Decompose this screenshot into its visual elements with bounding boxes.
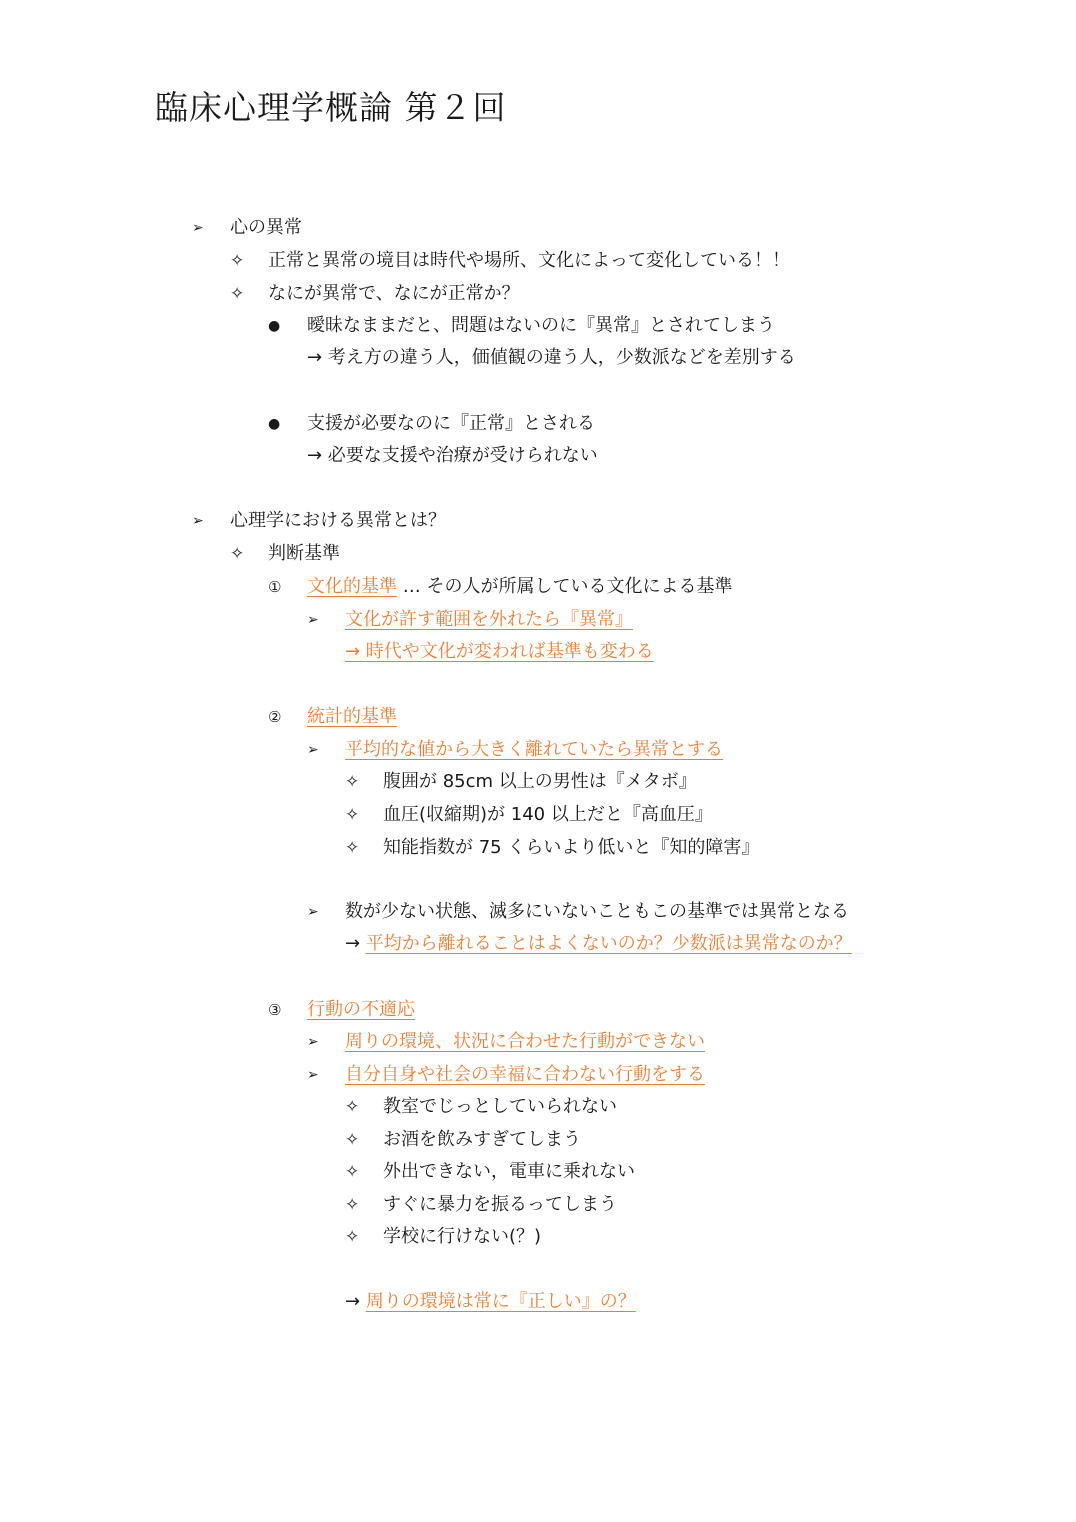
note-text: 平均から離れることはよくないのか？少数派は異常なのか？ xyxy=(366,933,852,954)
list-item: 平均的な値から大きく離れていたら異常とする xyxy=(345,738,723,762)
star-bullet-icon: ✧ xyxy=(230,249,244,273)
note-text: → 時代や文化が変われば基準も変わる xyxy=(345,641,654,662)
example-item: 学校に行けない(？) xyxy=(383,1225,541,1249)
star-bullet-icon: ✧ xyxy=(345,1225,359,1249)
example-item: 血圧(収縮期)が 140 以上だと『高血圧』 xyxy=(383,803,713,827)
example-item: 知能指数が 75 くらいより低いと『知的障害』 xyxy=(383,836,759,860)
note: → 平均から離れることはよくないのか？少数派は異常なのか？ xyxy=(345,932,852,956)
note-text: 周りの環境は常に『正しい』の？ xyxy=(366,1291,636,1312)
subheading: 判断基準 xyxy=(268,542,340,566)
criterion-title: 行動の不適応 xyxy=(307,998,415,1022)
list-item: なにが異常で、なにが正常か？ xyxy=(268,282,520,306)
note: → 周りの環境は常に『正しい』の？ xyxy=(345,1290,636,1314)
arrow-bullet-icon: ➢ xyxy=(192,509,204,533)
star-bullet-icon: ✧ xyxy=(345,836,359,860)
arrow-bullet-icon: ➢ xyxy=(307,608,319,632)
note-prefix: → xyxy=(345,1291,366,1312)
star-bullet-icon: ✧ xyxy=(230,282,244,306)
circled-number-2: ② xyxy=(268,705,281,729)
star-bullet-icon: ✧ xyxy=(345,1160,359,1184)
arrow-bullet-icon: ➢ xyxy=(307,1030,319,1054)
arrow-bullet-icon: ➢ xyxy=(307,1063,319,1087)
example-item: 教室でじっとしていられない xyxy=(383,1095,617,1119)
criterion-line: 文化的基準 … その人が所属している文化による基準 xyxy=(307,575,732,599)
dot-bullet-icon: ● xyxy=(268,314,280,338)
note: → 時代や文化が変われば基準も変わる xyxy=(345,640,654,664)
example-item: お酒を飲みすぎてしまう xyxy=(383,1128,581,1152)
arrow-bullet-icon: ➢ xyxy=(307,900,319,924)
star-bullet-icon: ✧ xyxy=(345,1128,359,1152)
criterion-title: 文化的基準 xyxy=(307,576,397,597)
star-bullet-icon: ✧ xyxy=(345,770,359,794)
arrow-bullet-icon: ➢ xyxy=(307,738,319,762)
list-item: 文化が許す範囲を外れたら『異常』 xyxy=(345,608,633,632)
example-item: 外出できない，電車に乗れない xyxy=(383,1160,635,1184)
criterion-desc: … その人が所属している文化による基準 xyxy=(403,576,733,597)
list-item: 支援が必要なのに『正常』とされる xyxy=(307,412,595,436)
star-bullet-icon: ✧ xyxy=(345,803,359,827)
star-bullet-icon: ✧ xyxy=(345,1095,359,1119)
note: → 考え方の違う人，価値観の違う人，少数派などを差別する xyxy=(307,346,796,370)
arrow-bullet-icon: ➢ xyxy=(192,216,204,240)
note-prefix: → xyxy=(345,933,366,954)
star-bullet-icon: ✧ xyxy=(345,1193,359,1217)
list-item: 正常と異常の境目は時代や場所、文化によって変化している！！ xyxy=(268,249,790,273)
circled-number-3: ③ xyxy=(268,998,281,1022)
criterion-title: 統計的基準 xyxy=(307,705,397,729)
example-item: すぐに暴力を振るってしまう xyxy=(383,1193,617,1217)
example-item: 腹囲が 85cm 以上の男性は『メタボ』 xyxy=(383,770,697,794)
section-heading: 心の異常 xyxy=(230,216,302,240)
dot-bullet-icon: ● xyxy=(268,412,280,436)
page-title: 臨床心理学概論 第２回 xyxy=(155,82,507,129)
list-item: 数が少ない状態、滅多にいないこともこの基準では異常となる xyxy=(345,900,849,924)
list-item: 曖昧なままだと、問題はないのに『異常』とされてしまう xyxy=(307,314,775,338)
list-item: 周りの環境、状況に合わせた行動ができない xyxy=(345,1030,705,1054)
circled-number-1: ① xyxy=(268,575,281,599)
section-heading: 心理学における異常とは？ xyxy=(230,509,446,533)
star-bullet-icon: ✧ xyxy=(230,542,244,566)
note: → 必要な支援や治療が受けられない xyxy=(307,444,598,468)
list-item: 自分自身や社会の幸福に合わない行動をする xyxy=(345,1063,705,1087)
